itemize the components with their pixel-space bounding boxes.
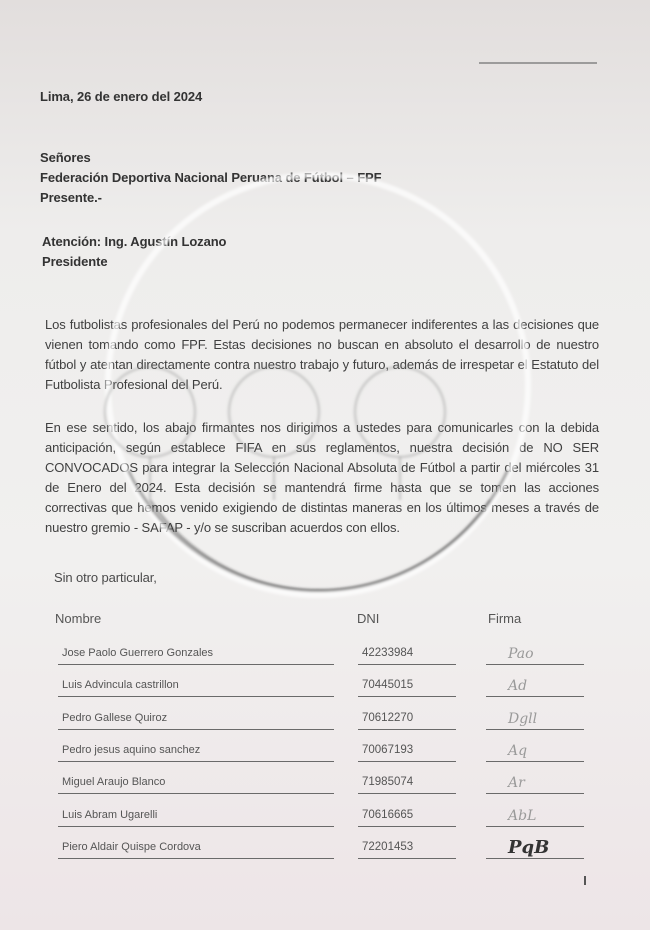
signer-dni: 72201453 [358, 837, 456, 859]
signer-name: Luis Advincula castrillon [58, 675, 334, 697]
handwritten-signature-icon: Ad [508, 676, 527, 696]
signer-signature: PqB [486, 837, 584, 859]
paragraph-2: En ese sentido, los abajo firmantes nos … [45, 418, 599, 538]
signer-signature: Dgll [486, 708, 584, 730]
attention-title: Presidente [42, 252, 226, 272]
handwritten-signature-icon: Ar [508, 773, 525, 793]
signature-row: Piero Aldair Quispe Cordova72201453PqB [0, 834, 650, 864]
signer-signature: Ad [486, 675, 584, 697]
presente: Presente.- [40, 188, 381, 208]
signer-signature: Aq [486, 740, 584, 762]
signer-dni: 70612270 [358, 708, 456, 730]
signer-name: Luis Abram Ugarelli [58, 805, 334, 827]
scanned-letter-page: Lima, 26 de enero del 2024 Señores Feder… [0, 0, 650, 930]
attention-line: Atención: Ing. Agustín Lozano [42, 232, 226, 252]
header-rule [479, 62, 597, 64]
recipient-organization: Federación Deportiva Nacional Peruana de… [40, 168, 381, 188]
column-header-dni: DNI [357, 611, 379, 626]
recipient-block: Señores Federación Deportiva Nacional Pe… [40, 148, 381, 208]
signer-name: Pedro jesus aquino sanchez [58, 740, 334, 762]
signer-dni: 71985074 [358, 772, 456, 794]
signer-dni: 70067193 [358, 740, 456, 762]
handwritten-signature-icon: Aq [508, 741, 527, 761]
handwritten-signature-icon: Pao [508, 644, 534, 664]
salutation: Señores [40, 148, 381, 168]
signature-row: Luis Abram Ugarelli70616665AbL [0, 802, 650, 832]
signature-row: Miguel Araujo Blanco71985074Ar [0, 769, 650, 799]
signer-signature: Pao [486, 643, 584, 665]
signature-row: Pedro Gallese Quiroz70612270Dgll [0, 705, 650, 735]
column-header-name: Nombre [55, 611, 101, 626]
letter-date: Lima, 26 de enero del 2024 [40, 89, 202, 104]
closing-line: Sin otro particular, [54, 570, 157, 585]
signer-dni: 42233984 [358, 643, 456, 665]
signer-name: Miguel Araujo Blanco [58, 772, 334, 794]
paragraph-1: Los futbolistas profesionales del Perú n… [45, 315, 599, 395]
signer-name: Jose Paolo Guerrero Gonzales [58, 643, 334, 665]
attention-block: Atención: Ing. Agustín Lozano Presidente [42, 232, 226, 272]
handwritten-signature-icon: AbL [508, 806, 536, 826]
signer-dni: 70616665 [358, 805, 456, 827]
signature-row: Pedro jesus aquino sanchez70067193Aq [0, 737, 650, 767]
signer-dni: 70445015 [358, 675, 456, 697]
signer-name: Pedro Gallese Quiroz [58, 708, 334, 730]
handwritten-signature-icon: PqB [508, 838, 549, 858]
signer-name: Piero Aldair Quispe Cordova [58, 837, 334, 859]
signature-row: Jose Paolo Guerrero Gonzales42233984Pao [0, 640, 650, 670]
signer-signature: AbL [486, 805, 584, 827]
page-marker [584, 876, 586, 885]
signature-row: Luis Advincula castrillon70445015Ad [0, 672, 650, 702]
column-header-signature: Firma [488, 611, 521, 626]
handwritten-signature-icon: Dgll [508, 709, 537, 729]
signer-signature: Ar [486, 772, 584, 794]
